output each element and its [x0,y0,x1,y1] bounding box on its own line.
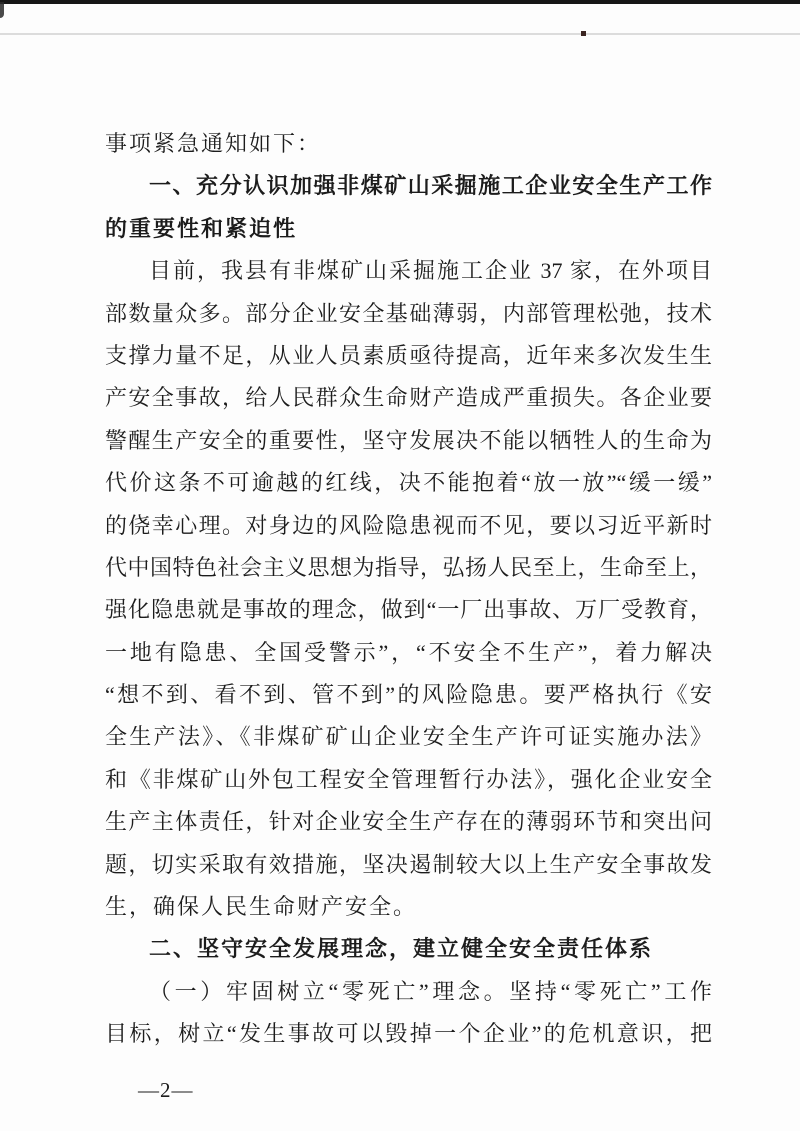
body-line: 生，确保人民生命财产安全。 [105,886,712,928]
body-line: 一地有隐患、全国受警示”，“不安全不生产”，着力解决 [105,632,712,674]
body-line: 题，切实采取有效措施，坚决遏制较大以上生产安全事故发 [105,844,712,886]
body-line: 和《非煤矿山外包工程安全管理暂行办法》，强化企业安全 [105,759,712,801]
section-2-heading-line: 二、坚守安全发展理念，建立健全安全责任体系 [105,928,712,970]
scanned-document-page: 事项紧急通知如下： 一、充分认识加强非煤矿山采掘施工企业安全生产工作 的重要性和… [0,0,800,1131]
scan-artifact-corner [0,2,4,18]
body-line: 产安全事故，给人民群众生命财产造成严重损失。各企业要 [105,377,712,419]
body-line: 警醒生产安全的重要性，坚守发展决不能以牺牲人的生命为 [105,420,712,462]
body-line: “想不到、看不到、管不到”的风险隐患。要严格执行《安 [105,674,712,716]
body-line: 的侥幸心理。对身边的风险隐患视而不见，要以习近平新时 [105,505,712,547]
body-line: 代中国特色社会主义思想为指导，弘扬人民至上，生命至上， [105,547,712,589]
body-line: 支撑力量不足，从业人员素质亟待提高，近年来多次发生生 [105,335,712,377]
body-line: 生产主体责任，针对企业安全生产存在的薄弱环节和突出问 [105,801,712,843]
body-line: 全生产法》、《非煤矿矿山企业安全生产许可证实施办法》 [105,716,712,758]
section-1-heading-line-1: 一、充分认识加强非煤矿山采掘施工企业安全生产工作 [105,165,712,207]
body-line: 目标，树立“发生事故可以毁掉一个企业”的危机意识，把 [105,1013,712,1055]
body-line: 代价这条不可逾越的红线，决不能抱着“放一放”“缓一缓” [105,462,712,504]
section-1-heading-line-2: 的重要性和紧迫性 [105,208,712,250]
body-line: 目前，我县有非煤矿山采掘施工企业 37 家，在外项目 [105,250,712,292]
body-line: 强化隐患就是事故的理念，做到“一厂出事故、万厂受教育， [105,589,712,631]
scan-artifact-speck [581,31,586,36]
continuation-line: 事项紧急通知如下： [105,123,712,165]
body-line: 部数量众多。部分企业安全基础薄弱，内部管理松弛，技术 [105,293,712,335]
page-number: —2— [138,1078,194,1103]
body-line: （一）牢固树立“零死亡”理念。坚持“零死亡”工作 [105,971,712,1013]
document-body: 事项紧急通知如下： 一、充分认识加强非煤矿山采掘施工企业安全生产工作 的重要性和… [105,123,712,1056]
scan-artifact-top-bar [0,0,800,4]
scan-artifact-horizontal-line [0,33,800,35]
